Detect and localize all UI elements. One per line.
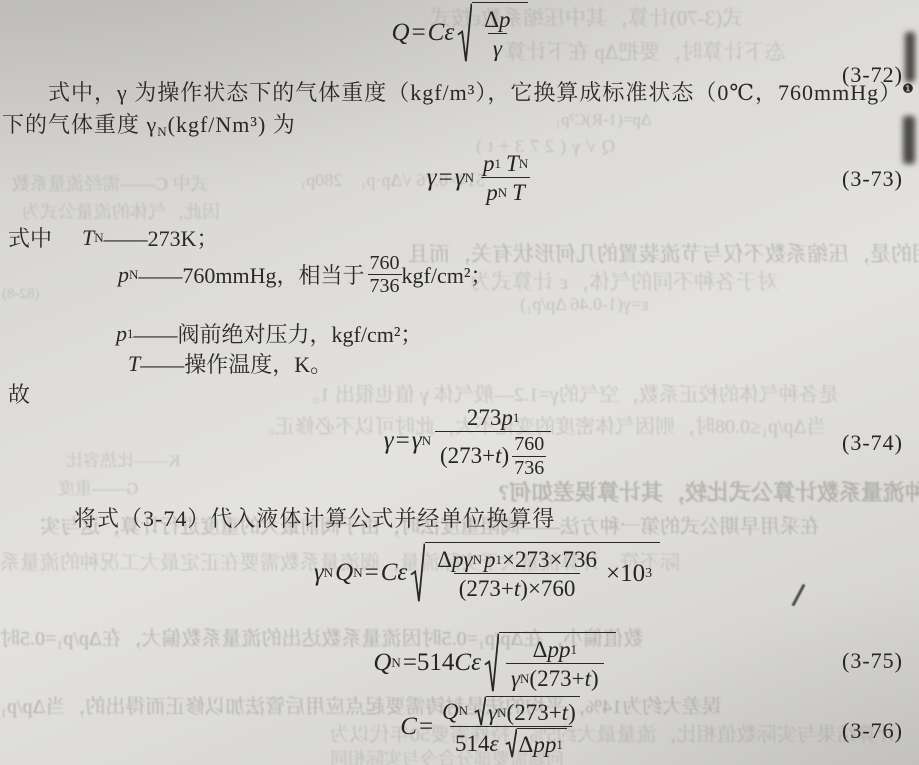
definition-tn: 式中 TN ——273K； (8, 222, 219, 253)
equation-gamma-qn: γN QN = Cε ΔpγNp1×273×736 (273+t)×760 ×1… (0, 542, 919, 603)
math-token: T (506, 150, 519, 177)
math-token: T (82, 225, 94, 251)
body-paragraph-line2: 下的气体重度 γN(kgf/Nm³) 为 (2, 108, 296, 139)
definition-text: ——阀前绝对压力，kgf/cm²； (134, 318, 423, 349)
radical: Δpp1 (505, 728, 567, 758)
bleed-through-text: ε=γ(1-0.46 Δp/p₁) (520, 294, 649, 315)
math-token: Q (442, 698, 459, 725)
bleed-through-text: Δp=(1-R)C²p₁ (555, 110, 652, 130)
math-token: T (512, 179, 525, 206)
math-token: Cε (454, 649, 481, 677)
equation-number: (3-76) (842, 718, 903, 744)
definition-text: ——273K； (104, 222, 219, 253)
math-token: ) (591, 665, 599, 692)
definition-pn: pN ——760mmHg，相当于 760 736 kgf/cm²； (118, 252, 492, 298)
bleed-through-text: 对于各种不同的气体，ε 计算式为 (470, 266, 778, 296)
fraction: p1 TN pN T (478, 150, 533, 206)
math-token: p (501, 404, 513, 431)
footnote-marker: ❶ (902, 82, 915, 97)
math-token: = (419, 713, 433, 741)
math-token: γ (488, 699, 497, 726)
math-token: (273+ (529, 665, 584, 692)
radical: γN(273+t) (474, 696, 580, 726)
math-token: Q (373, 649, 391, 677)
fraction: Δp γ (479, 6, 515, 62)
math-token: T (128, 351, 140, 377)
math-token: Δ (533, 636, 548, 663)
paragraph-text: (kgf/Nm³) 为 (168, 112, 296, 137)
equation-number: (3-73) (842, 166, 903, 192)
formula-gamma-standard: γ = γN 273p1 (273+t) 760 736 (384, 404, 555, 479)
math-token: Δ (484, 6, 499, 33)
math-token: p (116, 321, 127, 347)
math-token: Δ (519, 731, 534, 758)
equation-3-75: QN =514 Cε Δpp1 γN(273+t) (3-75) (0, 632, 919, 693)
math-token: pp (547, 636, 570, 663)
superscript: 3 (645, 566, 652, 582)
radical: Δp γ (457, 2, 527, 63)
math-token: ×273×736 (502, 546, 597, 573)
math-token: =514 (403, 649, 455, 677)
math-token: ×10 (606, 560, 645, 588)
equation-3-72: Q = Cε Δp γ (3-72) (0, 2, 919, 63)
paragraph-text: 下的气体重度 γ (2, 112, 157, 137)
bleed-through-text: 177 早期几种流量系数计算公式比较，其计算误差如何? (498, 476, 919, 507)
math-token: = (365, 559, 379, 587)
fraction: QN γN(273+t) 514ε Δpp1 (437, 696, 585, 758)
math-token: ε (489, 730, 498, 757)
math-token: γ (427, 164, 437, 192)
math-token: γ (412, 427, 422, 455)
definition-p1: p1 ——阀前绝对压力，kgf/cm²； (116, 318, 422, 349)
math-token: γ (511, 665, 520, 692)
math-token: γ (384, 427, 394, 455)
math-token: 736 (368, 274, 402, 297)
subscript: N (157, 124, 167, 139)
math-token: p (118, 262, 129, 288)
math-token: 760 (512, 433, 546, 455)
formula-qn: QN =514 Cε Δpp1 γN(273+t) (373, 632, 615, 693)
math-token: Cε (428, 19, 455, 47)
bleed-through-text: (82-8) (2, 286, 40, 303)
math-token: 273 (467, 404, 502, 431)
body-paragraph-substitute: 将式（3-74）代入液体计算公式并经单位换算得 (74, 502, 555, 533)
math-token: Cε (381, 559, 408, 587)
fraction: 760 736 (368, 252, 402, 298)
math-token: p (499, 6, 511, 33)
formula-q: Q = Cε Δp γ (392, 2, 528, 63)
definition-text: ——760mmHg，相当于 (138, 259, 364, 290)
math-token: (273+ (459, 575, 514, 602)
math-token: p (484, 546, 496, 573)
math-token: 760 (368, 252, 402, 274)
math-token: p (486, 179, 498, 206)
fraction: Δpp1 γN(273+t) (506, 636, 604, 692)
definition-t: T ——操作温度，K。 (128, 348, 332, 379)
math-token: γ (493, 35, 502, 62)
math-token: ) (502, 442, 510, 469)
scanned-book-page: 式(3-70)计算，其中压缩系数ε按式 态下计算时，要把Δp 在下计算 Δp=(… (0, 0, 919, 765)
math-token: = (439, 164, 453, 192)
math-token: = (412, 19, 426, 47)
equation-3-76: C = QN γN(273+t) 514ε (0, 696, 919, 758)
formula-c: C = QN γN(273+t) 514ε (400, 696, 588, 758)
math-token: C (400, 713, 417, 741)
fraction: 760 736 (512, 433, 546, 479)
formula-gamma-qn: γN QN = Cε ΔpγNp1×273×736 (273+t)×760 ×1… (314, 542, 660, 603)
math-token: p (483, 150, 495, 177)
where-label: 式中 (8, 222, 52, 253)
equation-number: (3-74) (842, 430, 903, 456)
math-token: pγ (452, 546, 473, 573)
math-token: Δ (437, 546, 452, 573)
equation-3-73: γ = γN p1 TN pN T (3-73) (0, 150, 919, 206)
body-paragraph-line1: 式中，γ 为操作状态下的气体重度（kgf/m³），它换算成标准状态（0℃，760… (48, 76, 915, 107)
radical: ΔpγNp1×273×736 (273+t)×760 ×103 (410, 542, 660, 603)
fraction: ΔpγNp1×273×736 (273+t)×760 (432, 546, 602, 602)
formula-gamma: γ = γN p1 TN pN T (427, 150, 537, 206)
equation-number: (3-75) (842, 648, 903, 674)
math-token: Q (392, 19, 410, 47)
definition-text: kgf/cm²； (402, 259, 493, 290)
equation-3-74: γ = γN 273p1 (273+t) 760 736 (3-74) (0, 404, 919, 479)
math-token: 736 (512, 456, 546, 479)
math-token: )×760 (520, 575, 575, 602)
definition-text: ——操作温度，K。 (140, 348, 332, 379)
math-token: γ (455, 164, 465, 192)
paragraph-text: 式中，γ 为操作状态下的气体重度（kgf/m³），它换算成标准状态（0℃，760… (48, 80, 902, 105)
radical: Δpp1 γN(273+t) (484, 632, 616, 693)
math-token: (273+ (507, 699, 562, 726)
math-token: pp (533, 731, 556, 758)
math-token: ) (568, 699, 576, 726)
math-token: = (396, 427, 410, 455)
math-token: Q (335, 559, 353, 587)
math-token: γ (314, 559, 324, 587)
math-token: 514 (455, 730, 490, 757)
math-token: (273+ (440, 442, 495, 469)
fraction: 273p1 (273+t) 760 736 (435, 404, 551, 479)
bleed-through-text: 是各种气体的校正系数，空气的γ=1.2—般气体 γ 值也很出 1。 (300, 378, 839, 407)
